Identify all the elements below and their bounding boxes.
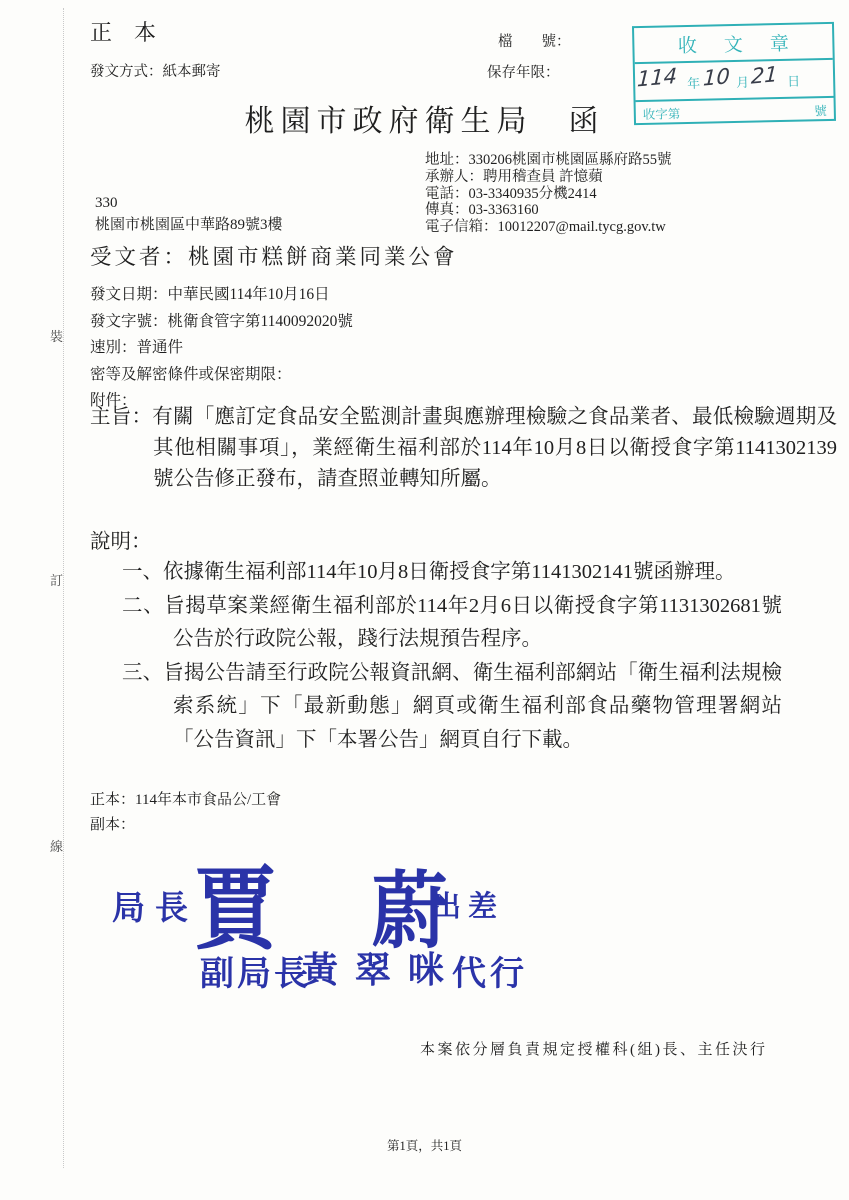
sender-address: 地址：330206桃園市桃園區縣府路55號	[425, 152, 672, 169]
sender-email: 電子信箱：10012207@mail.tycg.gov.tw	[425, 219, 672, 236]
handwritten-year: 114	[637, 64, 678, 92]
item-number: 一、	[122, 561, 163, 583]
handwritten-month: 10	[703, 64, 731, 91]
sender-contact-block: 地址：330206桃園市桃園區縣府路55號 承辦人：聘用稽查員 許憶蘋 電話：0…	[425, 152, 672, 236]
explanation-item: 三、旨揭公告請至行政院公報資訊網、衛生福利部網站「衛生福利法規檢索系統」下「最新…	[122, 657, 782, 758]
copy-type-label: 正 本	[90, 16, 156, 47]
copy-recipients: 副本：	[90, 813, 281, 838]
delivery-method: 發文方式：紙本郵寄	[90, 60, 221, 81]
subject-paragraph: 主旨：有關「應訂定食品安全監測計畫與應辦理檢驗之食品業者、最低檢驗週期及其他相關…	[90, 402, 837, 495]
item-text: 依據衛生福利部114年10月8日衛授食字第1141302141號函辦理。	[163, 561, 735, 583]
director-title-stamp: 局長	[112, 882, 198, 929]
explanation-item: 一、依據衛生福利部114年10月8日衛授食字第1141302141號函辦理。	[122, 556, 782, 590]
explanation-item: 二、旨揭草案業經衛生福利部於114年2月6日以衛授食字第1131302681號公…	[122, 590, 782, 657]
secrecy-class: 密等及解密條件或保密期限：	[90, 362, 353, 389]
retention-period-label: 保存年限：	[487, 61, 560, 82]
explanation-list: 一、依據衛生福利部114年10月8日衛授食字第1141302141號函辦理。 二…	[122, 556, 782, 757]
recipient-postal-code: 330	[95, 195, 118, 212]
subject-label: 主旨：	[90, 406, 152, 428]
recipient-line: 受文者：桃園市糕餅商業同業公會	[90, 240, 458, 271]
issue-number: 發文字號：桃衛食管字第1140092020號	[90, 309, 353, 336]
item-text: 旨揭公告請至行政院公報資訊網、衛生福利部網站「衛生福利法規檢索系統」下「最新動態…	[163, 662, 782, 751]
binding-mark-xian: 線	[50, 836, 63, 855]
deputy-name-stamp: 黃翠咪	[302, 942, 461, 993]
item-number: 三、	[122, 662, 163, 684]
receipt-stamp-title: 收文章	[634, 24, 833, 64]
subject-text: 有關「應訂定食品安全監測計畫與應辦理檢驗之食品業者、最低檢驗週期及其他相關事項」…	[152, 406, 837, 490]
original-recipients: 正本：114年本市食品公/工會	[90, 788, 281, 813]
page-number: 第1頁，共1頁	[0, 1136, 849, 1154]
issue-date: 發文日期：中華民國114年10月16日	[90, 282, 353, 309]
authorization-note: 本案依分層負責規定授權科(組)長、主任決行	[420, 1038, 768, 1059]
document-title: 桃園市政府衛生局 函	[0, 96, 849, 140]
binding-fold-line	[63, 8, 64, 1168]
sender-phone: 電話：03-3340935分機2414	[425, 186, 672, 203]
handwritten-day: 21	[751, 62, 779, 89]
distribution-block: 正本：114年本市食品公/工會 副本：	[90, 788, 281, 838]
item-number: 二、	[122, 595, 164, 617]
year-label: 年	[687, 73, 700, 92]
sender-contact-person: 承辦人：聘用稽查員 許憶蘋	[425, 169, 672, 186]
deputy-title-stamp: 副局長	[200, 946, 311, 995]
speed-class: 速別：普通件	[90, 335, 353, 362]
item-text: 旨揭草案業經衛生福利部於114年2月6日以衛授食字第1131302681號公告於…	[164, 595, 782, 651]
scanned-official-letter: 裝 訂 線 正 本 發文方式：紙本郵寄 檔 號： 保存年限： 收文章 114 年…	[0, 0, 849, 1200]
binding-mark-zhuang: 裝	[50, 326, 63, 345]
file-number-label: 檔 號：	[498, 30, 571, 51]
document-meta-block: 發文日期：中華民國114年10月16日 發文字號：桃衛食管字第114009202…	[90, 282, 353, 415]
explanation-label: 說明：	[90, 524, 152, 554]
binding-mark-ding: 訂	[50, 570, 63, 589]
sender-fax: 傳真：03-3363160	[425, 202, 672, 219]
month-label: 月	[736, 72, 749, 91]
director-status-stamp: 出差	[432, 884, 504, 925]
recipient-address: 桃園市桃園區中華路89號3樓	[95, 213, 283, 234]
day-label: 日	[787, 71, 800, 90]
deputy-status-stamp: 代行	[452, 946, 528, 995]
